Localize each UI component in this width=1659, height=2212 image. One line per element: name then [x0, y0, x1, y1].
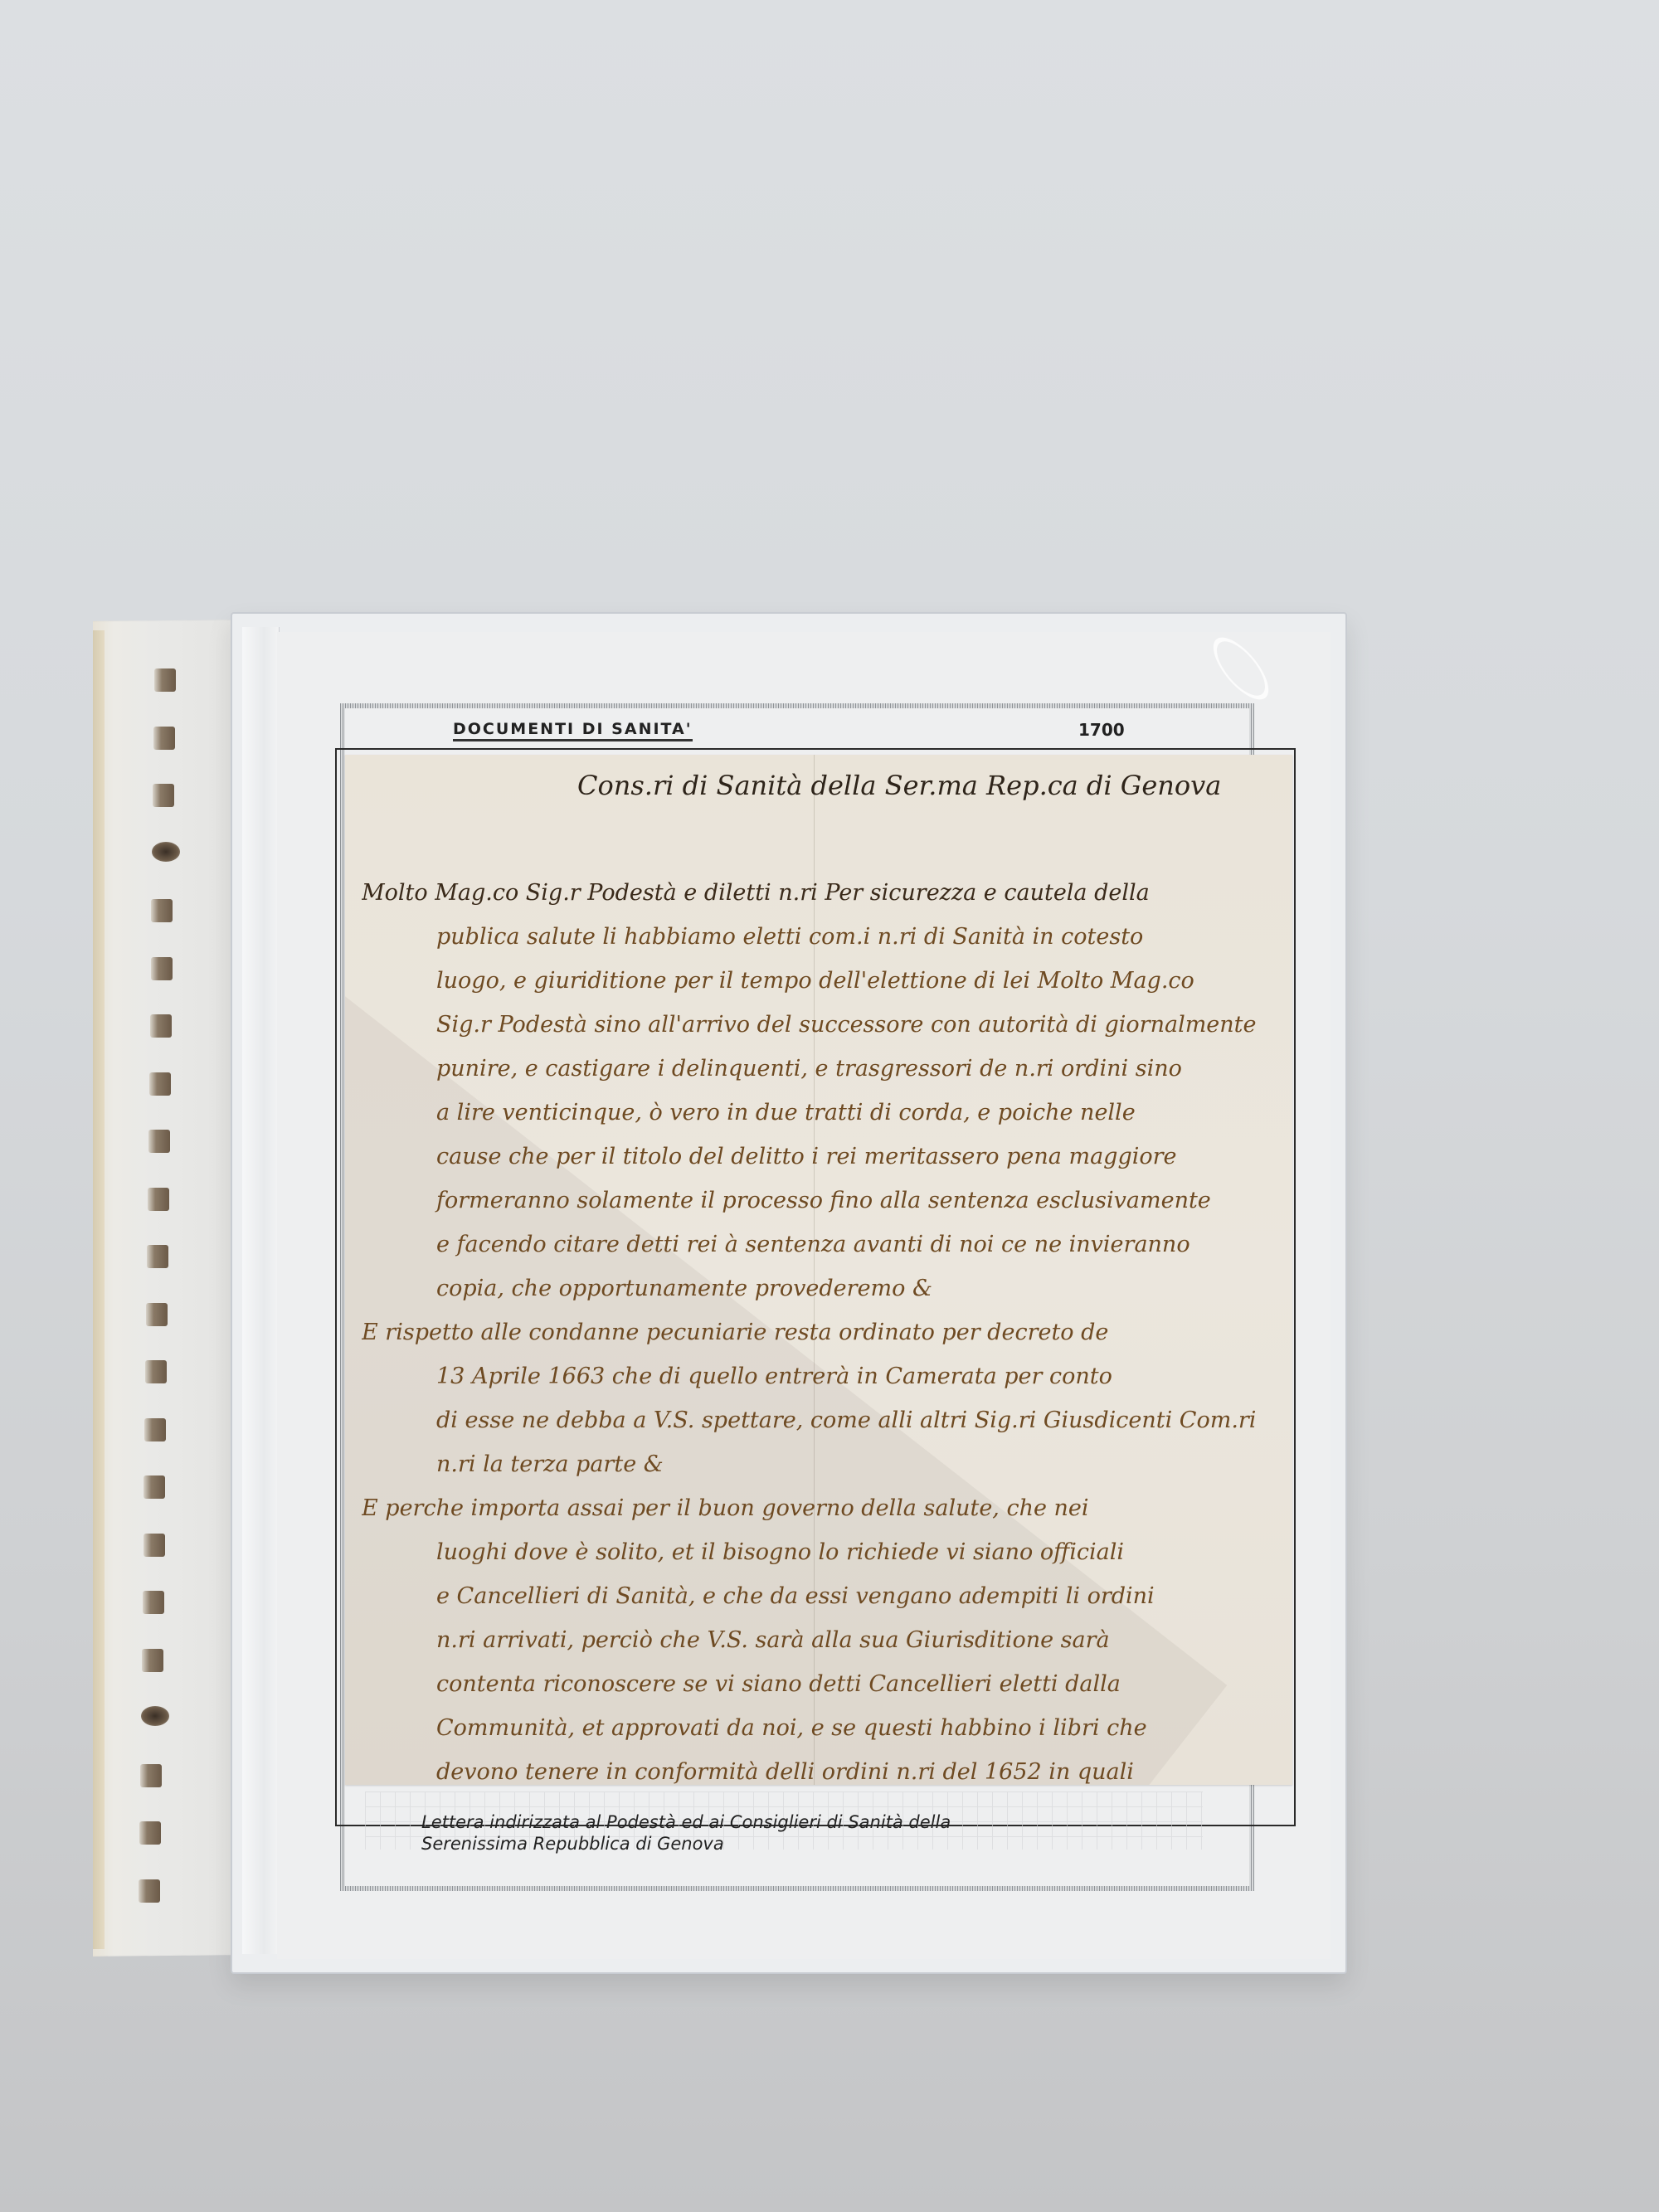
manuscript-line: formeranno solamente il processo fino al…: [362, 1179, 1276, 1223]
album-header: DOCUMENTI DI SANITA' 1700: [347, 710, 1238, 753]
binder-hole: [144, 1475, 165, 1499]
photo-scene: DOCUMENTI DI SANITA' 1700 Cons.ri di San…: [0, 0, 1659, 2212]
manuscript-line: contenta riconoscere se vi siano detti C…: [362, 1662, 1276, 1706]
manuscript-line: di esse ne debba a V.S. spettare, come a…: [362, 1398, 1276, 1442]
binder-hole: [140, 1764, 162, 1787]
binder-hole: [153, 727, 175, 750]
binder-hole: [148, 1188, 169, 1211]
manuscript-line: punire, e castigare i delinquenti, e tra…: [362, 1047, 1276, 1091]
binder-hole: [150, 1014, 172, 1038]
manuscript-line: n.ri arrivati, perciò che V.S. sarà alla…: [362, 1618, 1276, 1662]
binder-hole: [144, 1418, 166, 1441]
manuscript-body: Molto Mag.co Sig.r Podestà e diletti n.r…: [362, 871, 1276, 1785]
album-header-title: DOCUMENTI DI SANITA': [453, 720, 693, 741]
manuscript-line: E rispetto alle condanne pecuniarie rest…: [362, 1310, 1276, 1354]
manuscript-line: a lire venticinque, ò vero in due tratti…: [362, 1091, 1276, 1135]
album-header-year: 1700: [1078, 720, 1125, 740]
binder-hole: [153, 784, 174, 807]
manuscript-line: Molto Mag.co Sig.r Podestà e diletti n.r…: [362, 871, 1276, 915]
manuscript-line: n.ri la terza parte &: [362, 1442, 1276, 1486]
manuscript-line: luoghi dove è solito, et il bisogno lo r…: [362, 1530, 1276, 1574]
caption-line-1: Lettera indirizzata al Podestà ed ai Con…: [421, 1811, 1168, 1833]
binder-edge: [93, 630, 105, 1949]
binder-hole: [151, 957, 173, 980]
manuscript-line: E perche importa assai per il buon gover…: [362, 1486, 1276, 1530]
binder-strip: [93, 620, 242, 1957]
sleeve-gutter: [242, 627, 280, 1954]
binder-hole: [147, 1245, 168, 1268]
binder-hole: [151, 899, 173, 922]
binder-hole: [139, 1879, 160, 1903]
manuscript-line: publica salute li habbiamo eletti com.i …: [362, 915, 1276, 959]
binder-hole: [139, 1821, 161, 1845]
manuscript-address: Cons.ri di Sanità della Ser.ma Rep.ca di…: [577, 770, 1221, 801]
binder-hole: [152, 842, 180, 862]
manuscript-line: 13 Aprile 1663 che di quello entrerà in …: [362, 1354, 1276, 1398]
binder-hole: [154, 668, 176, 692]
binder-hole: [142, 1649, 163, 1672]
manuscript-line: copia, che opportunamente provederemo &: [362, 1266, 1276, 1310]
manuscript-line: luogo, e giuriditione per il tempo dell'…: [362, 959, 1276, 1003]
binder-hole: [146, 1303, 168, 1326]
binder-hole: [145, 1360, 167, 1383]
manuscript-line: devono tenere in conformità delli ordini…: [362, 1750, 1276, 1785]
manuscript-line: Sig.r Podestà sino all'arrivo del succes…: [362, 1003, 1276, 1047]
album-caption: Lettera indirizzata al Podestà ed ai Con…: [421, 1811, 1168, 1855]
caption-line-2: Serenissima Repubblica di Genova: [421, 1833, 1168, 1855]
binder-hole: [141, 1706, 169, 1726]
manuscript-line: cause che per il titolo del delitto i re…: [362, 1135, 1276, 1179]
manuscript-line: Communità, et approvati da noi, e se que…: [362, 1706, 1276, 1750]
binder-hole: [148, 1130, 170, 1153]
binder-hole: [144, 1534, 165, 1557]
binder-hole: [149, 1072, 171, 1096]
binder-hole: [143, 1591, 164, 1614]
manuscript-line: e Cancellieri di Sanità, e che da essi v…: [362, 1574, 1276, 1618]
manuscript-letter: Cons.ri di Sanità della Ser.ma Rep.ca di…: [345, 755, 1292, 1785]
manuscript-line: e facendo citare detti rei à sentenza av…: [362, 1223, 1276, 1266]
